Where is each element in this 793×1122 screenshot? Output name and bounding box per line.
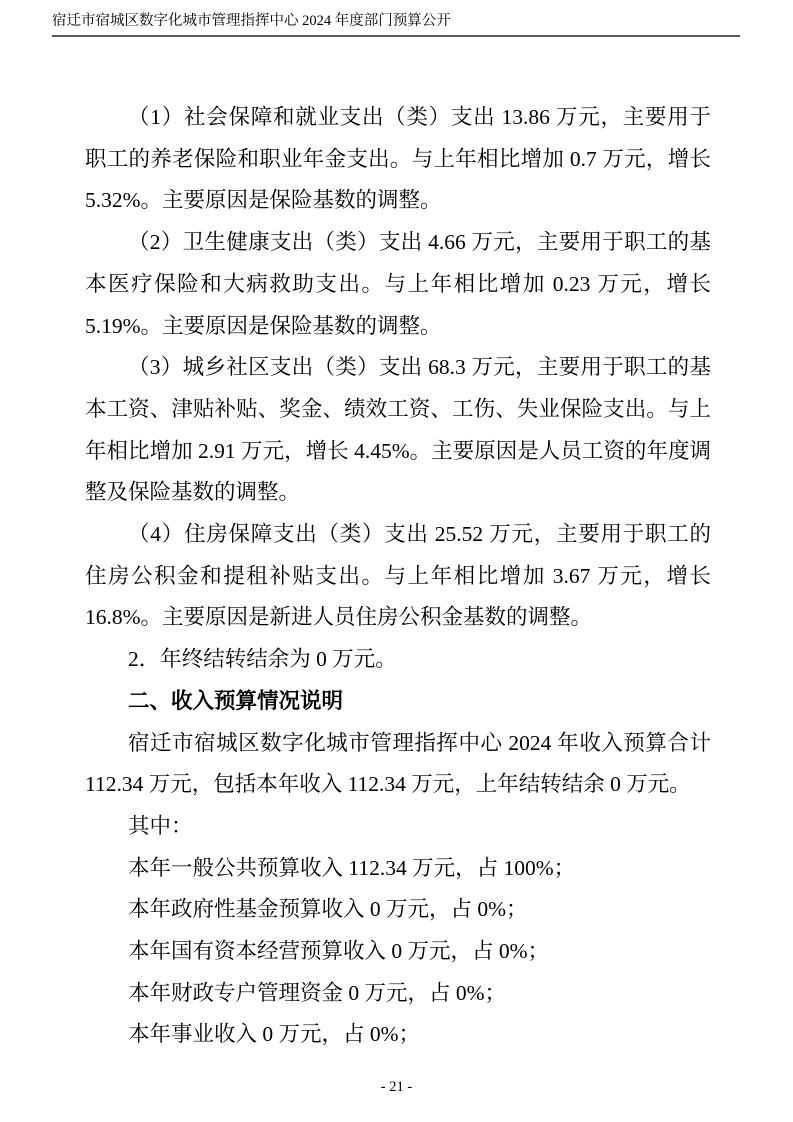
heading-income-budget: 二、收入预算情况说明: [85, 681, 711, 723]
header-title: 宿迁市宿城区数字化城市管理指挥中心 2024 年度部门预算公开: [52, 13, 451, 29]
para-among-which: 其中：: [85, 806, 711, 848]
para-income-summary: 宿迁市宿城区数字化城市管理指挥中心 2024 年收入预算合计 112.34 万元…: [85, 723, 711, 806]
para-govt-fund-income: 本年政府性基金预算收入 0 万元，占 0%；: [85, 889, 711, 931]
para-general-public-budget-income: 本年一般公共预算收入 112.34 万元，占 100%；: [85, 848, 711, 890]
page-footer: - 21 -: [0, 1079, 793, 1096]
para-institutional-income: 本年事业收入 0 万元，占 0%；: [85, 1014, 711, 1056]
page-header: 宿迁市宿城区数字化城市管理指挥中心 2024 年度部门预算公开: [52, 12, 740, 37]
para-year-end-balance: 2．年终结转结余为 0 万元。: [85, 639, 711, 681]
document-body: （1）社会保障和就业支出（类）支出 13.86 万元，主要用于职工的养老保险和职…: [85, 97, 711, 1056]
document-page: 宿迁市宿城区数字化城市管理指挥中心 2024 年度部门预算公开 （1）社会保障和…: [0, 0, 793, 1122]
para-fiscal-account-funds: 本年财政专户管理资金 0 万元，占 0%；: [85, 973, 711, 1015]
para-community-expense: （3）城乡社区支出（类）支出 68.3 万元，主要用于职工的基本工资、津贴补贴、…: [85, 347, 711, 514]
footer-page-number: - 21 -: [381, 1079, 412, 1095]
para-social-security-expense: （1）社会保障和就业支出（类）支出 13.86 万元，主要用于职工的养老保险和职…: [85, 97, 711, 222]
para-health-expense: （2）卫生健康支出（类）支出 4.66 万元，主要用于职工的基本医疗保险和大病救…: [85, 222, 711, 347]
para-housing-expense: （4）住房保障支出（类）支出 25.52 万元，主要用于职工的住房公积金和提租补…: [85, 514, 711, 639]
para-state-capital-income: 本年国有资本经营预算收入 0 万元，占 0%；: [85, 931, 711, 973]
